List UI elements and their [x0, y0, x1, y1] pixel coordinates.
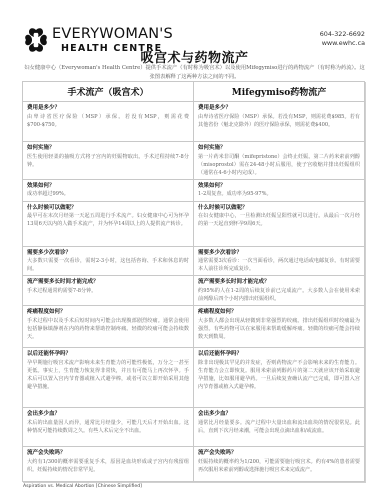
aspiration-cell: 以后还能怀孕吗？孕早期施行吸宫术流产影响未来生育能力的可能性极低，万分之一甚至更… [23, 348, 194, 408]
medical-cell: 什么时候可以做呢？在妇女健康中心，一旦检测出妊娠呈阳性就可以进行。从最后一次月经… [194, 201, 365, 246]
table-row: 费用是多少？由卑诗省医疗保险（MSP）承保。若没有MSP，则需花费$700-$7… [23, 102, 365, 142]
question-heading: 什么时候可以做呢？ [198, 205, 360, 213]
table-row: 疼痛程度如何？手术过程中以及手术后短时间内可能会出现腹部剧烈绞痛。通常会使用包括… [23, 306, 365, 348]
question-heading: 会出多少血？ [27, 411, 189, 419]
question-heading: 效果如何？ [27, 183, 189, 191]
medical-cell: 流产会失败吗？妊娠持续的概率约为1/200，可能需要施行吸宫术。约有4%的患者需… [194, 447, 365, 482]
question-heading: 效果如何？ [198, 183, 360, 191]
question-heading: 流产需要多长时间才能完成？ [27, 279, 189, 287]
question-heading: 会出多少血？ [198, 411, 360, 419]
aspiration-cell: 流产需要多长时间才能完成？手术过程通常约需要7-8分钟。 [23, 276, 194, 306]
answer-text: 手术过程中以及手术后短时间内可能会出现腹部剧烈绞痛。通常会使用包括静脉镇静剂在内… [27, 317, 189, 341]
intro-paragraph: 妇女健康中心（Everywoman's Health Centre）提供手术流产… [24, 64, 365, 81]
question-heading: 流产需要多长时间才能完成？ [198, 279, 360, 287]
question-heading: 以后还能怀孕吗？ [198, 351, 360, 359]
answer-text: 妊娠持续的概率约为1/200，可能需要施行吸宫术。约有4%的患者需要再次服用米索… [198, 458, 360, 474]
contact-info: 604-322-6692 www.ewhc.ca [320, 30, 365, 48]
answer-text: 约95%的人在1-2周的后续复诊前已完成流产。大多数人会在使用米索前列醇后四个小… [198, 287, 360, 303]
table-row: 需要多少次看诊？大多数只需要一次看诊，需时2-3小时，这包括咨询、手术和休息的时… [23, 246, 365, 276]
aspiration-cell: 流产会失败吗？大约有1/300的概率需要重复手术，原因是血块形成或子宫内有残留组… [23, 447, 194, 482]
answer-text: 1-2周复查。成功率为95-97%。 [198, 190, 360, 198]
column-header-aspiration: 手术流产（吸宫术） [23, 82, 194, 102]
answer-text: 通常需要3次看诊：一次当面看诊，两次通过电话或电邮复诊。有时需要本人前往诊所完成… [198, 257, 360, 273]
table-header-row: 手术流产（吸宫术） Mifegymiso药物流产 [23, 82, 365, 102]
question-heading: 需要多少次看诊？ [27, 250, 189, 258]
medical-cell: 如何实施？第一片药米非司酮（mifepristone）会终止妊娠。第二片药米索前… [194, 142, 365, 180]
aspiration-cell: 疼痛程度如何？手术过程中以及手术后短时间内可能会出现腹部剧烈绞痛。通常会使用包括… [23, 306, 194, 348]
aspiration-cell: 需要多少次看诊？大多数只需要一次看诊，需时2-3小时，这包括咨询、手术和休息的时… [23, 246, 194, 276]
question-heading: 如何实施？ [27, 145, 189, 153]
table-row: 会出多少血？术后的出血量因人而异，通常比月经量少，可能几天后才开始出血。这种情况… [23, 408, 365, 447]
aspiration-cell: 会出多少血？术后的出血量因人而异，通常比月经量少，可能几天后才开始出血。这种情况… [23, 408, 194, 447]
answer-text: 通常比月经量要多。流产过程中大量出血和流出血块的情况很常见。此后，直到下次月经来… [198, 419, 360, 435]
comparison-table: 手术流产（吸宫术） Mifegymiso药物流产 费用是多少？由卑诗省医疗保险（… [22, 81, 365, 482]
table-row: 流产需要多长时间才能完成？手术过程通常约需要7-8分钟。流产需要多长时间才能完成… [23, 276, 365, 306]
table-row: 如何实施？医生使用轻柔的抽吸方式将子宫内的妊娠物取出。手术过程持续7-8分钟。如… [23, 142, 365, 180]
answer-text: 在妇女健康中心，一旦检测出妊娠呈阳性就可以进行。从最后一次月经的第一天起直到怀孕… [198, 212, 360, 228]
table-row: 什么时候可以做呢？最早可在末次月经第一天起五周进行手术流产。妇女健康中心可为怀孕… [23, 201, 365, 246]
question-heading: 以后还能怀孕吗？ [27, 351, 189, 359]
phone-number: 604-322-6692 [320, 30, 365, 39]
answer-text: 第一片药米非司酮（mifepristone）会终止妊娠。第二片药米索前列醇（mi… [198, 153, 360, 177]
medical-cell: 流产需要多长时间才能完成？约95%的人在1-2周的后续复诊前已完成流产。大多数人… [194, 276, 365, 306]
footer-caption: Aspiration vs. Medical Abortion [Chinese… [23, 484, 142, 489]
medical-cell: 效果如何？1-2周复查。成功率为95-97%。 [194, 179, 365, 201]
question-heading: 什么时候可以做呢？ [27, 205, 189, 213]
table-row: 以后还能怀孕吗？孕早期施行吸宫术流产影响未来生育能力的可能性极低，万分之一甚至更… [23, 348, 365, 408]
answer-text: 手术过程通常约需要7-8分钟。 [27, 287, 189, 295]
question-heading: 费用是多少？ [27, 105, 189, 113]
table-row: 流产会失败吗？大约有1/300的概率需要重复手术，原因是血块形成或子宫内有残留组… [23, 447, 365, 482]
medical-cell: 会出多少血？通常比月经量要多。流产过程中大量出血和流出血块的情况很常见。此后，直… [194, 408, 365, 447]
medical-cell: 以后还能怀孕吗？除非出现极其罕见的并发症，否则药物流产不会影响未来的生育能力。生… [194, 348, 365, 408]
question-heading: 疼痛程度如何？ [198, 309, 360, 317]
answer-text: 医生使用轻柔的抽吸方式将子宫内的妊娠物取出。手术过程持续7-8分钟。 [27, 153, 189, 169]
answer-text: 术后的出血量因人而异，通常比月经量少，可能几天后才开始出血。这种情况可能持续数周… [27, 419, 189, 435]
answer-text: 成功率超过99%。 [27, 190, 189, 198]
table-row: 效果如何？成功率超过99%。效果如何？1-2周复查。成功率为95-97%。 [23, 179, 365, 201]
question-heading: 流产会失败吗？ [27, 450, 189, 458]
aspiration-cell: 如何实施？医生使用轻柔的抽吸方式将子宫内的妊娠物取出。手术过程持续7-8分钟。 [23, 142, 194, 180]
answer-text: 最早可在末次月经第一天起五周进行手术流产。妇女健康中心可为怀孕13周6天以内的人… [27, 212, 189, 228]
answer-text: 除非出现极其罕见的并发症，否则药物流产不会影响未来的生育能力。生育能力会立即恢复… [198, 359, 360, 391]
aspiration-cell: 效果如何？成功率超过99%。 [23, 179, 194, 201]
column-header-medical: Mifegymiso药物流产 [194, 82, 365, 102]
logo-name-line1: EVERYWOMAN'S [52, 27, 173, 42]
aspiration-cell: 什么时候可以做呢？最早可在末次月经第一天起五周进行手术流产。妇女健康中心可为怀孕… [23, 201, 194, 246]
question-heading: 需要多少次看诊？ [198, 250, 360, 258]
answer-text: 大多数只需要一次看诊，需时2-3小时，这包括咨询、手术和休息的时间。 [27, 257, 189, 273]
question-heading: 流产会失败吗？ [198, 450, 360, 458]
answer-text: 大多数人都会出现从轻微到非常强烈的绞痛。排出妊娠组织时绞痛最为强烈。有些药物可以… [198, 317, 360, 341]
medical-cell: 费用是多少？由卑诗省医疗保险（MSP）承保。若没有MSP，则需花费$985。若有… [194, 102, 365, 142]
medical-cell: 需要多少次看诊？通常需要3次看诊：一次当面看诊，两次通过电话或电邮复诊。有时需要… [194, 246, 365, 276]
question-heading: 疼痛程度如何？ [27, 309, 189, 317]
answer-text: 大约有1/300的概率需要重复手术，原因是血块形成或子宫内有残留组织。妊娠持续的… [27, 458, 189, 474]
question-heading: 如何实施？ [198, 145, 360, 153]
answer-text: 由卑诗省医疗保险（MSP）承保。若没有MSP，则需花费$700-$750。 [27, 113, 189, 129]
document-page: EVERYWOMAN'S HEALTH CENTRE 604-322-6692 … [0, 0, 389, 500]
answer-text: 由卑诗省医疗保险（MSP）承保。若没有MSP，则需花费$985。若有其他省份（魁… [198, 113, 360, 129]
aspiration-cell: 费用是多少？由卑诗省医疗保险（MSP）承保。若没有MSP，则需花费$700-$7… [23, 102, 194, 142]
answer-text: 孕早期施行吸宫术流产影响未来生育能力的可能性极低，万分之一甚至更低。事实上，生育… [27, 359, 189, 391]
question-heading: 费用是多少？ [198, 105, 360, 113]
medical-cell: 疼痛程度如何？大多数人都会出现从轻微到非常强烈的绞痛。排出妊娠组织时绞痛最为强烈… [194, 306, 365, 348]
